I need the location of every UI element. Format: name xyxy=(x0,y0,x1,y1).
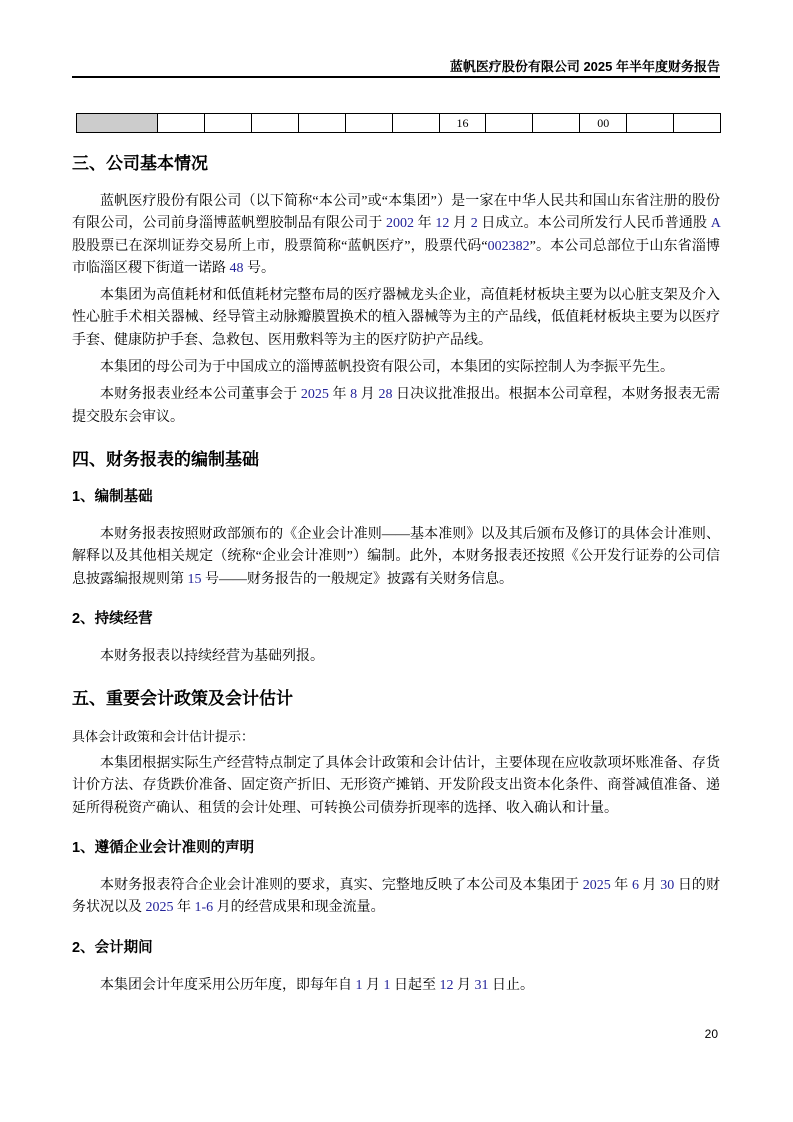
paragraph-company-intro: 蓝帆医疗股份有限公司（以下简称“本公司”或“本集团”）是一家在中华人民共和国山东… xyxy=(72,191,720,280)
table-cell xyxy=(298,114,345,132)
note-policies-hint: 具体会计政策和会计估计提示： xyxy=(72,729,720,745)
paragraph-compliance-statement: 本财务报表符合企业会计准则的要求，真实、完整地反映了本公司及本集团于 2025 … xyxy=(72,875,720,920)
table-cell: 16 xyxy=(439,114,486,132)
subsection-title-compliance-statement: 1、遵循企业会计准则的声明 xyxy=(72,840,720,857)
table-cell xyxy=(345,114,392,132)
table-cell xyxy=(673,114,720,132)
paragraph-going-concern: 本财务报表以持续经营为基础列报。 xyxy=(72,646,720,668)
table-cell xyxy=(204,114,251,132)
table-cell xyxy=(485,114,532,132)
paragraph-business-overview: 本集团为高值耗材和低值耗材完整布局的医疗器械龙头企业，高值耗材板块主要为以心脏支… xyxy=(72,285,720,352)
page-header: 蓝帆医疗股份有限公司 2025 年半年度财务报告 xyxy=(72,59,720,78)
paragraph-basis: 本财务报表按照财政部颁布的《企业会计准则——基本准则》以及其后颁布及修订的具体会… xyxy=(72,524,720,591)
subsection-title-basis: 1、编制基础 xyxy=(72,489,720,506)
subsection-title-going-concern: 2、持续经营 xyxy=(72,611,720,628)
page-number: 20 xyxy=(705,1027,718,1041)
report-page: 蓝帆医疗股份有限公司 2025 年半年度财务报告 16 00 三、公司基本情况 … xyxy=(0,0,793,1122)
section-title-accounting-policies: 五、重要会计政策及会计估计 xyxy=(72,689,720,708)
paragraph-parent-company: 本集团的母公司为于中国成立的淄博蓝帆投资有限公司，本集团的实际控制人为李振平先生… xyxy=(72,357,720,379)
section-title-preparation-basis: 四、财务报表的编制基础 xyxy=(72,450,720,469)
paragraph-accounting-period: 本集团会计年度采用公历年度，即每年自 1 月 1 日起至 12 月 31 日止。 xyxy=(72,975,720,997)
table-cell xyxy=(392,114,439,132)
continuation-table: 16 00 xyxy=(76,113,721,133)
table-cell xyxy=(532,114,579,132)
section-title-company-profile: 三、公司基本情况 xyxy=(72,154,720,173)
header-title: 蓝帆医疗股份有限公司 2025 年半年度财务报告 xyxy=(450,59,720,74)
paragraph-report-approval: 本财务报表业经本公司董事会于 2025 年 8 月 28 日决议批准报出。根据本… xyxy=(72,384,720,429)
table-cell xyxy=(626,114,673,132)
subsection-title-accounting-period: 2、会计期间 xyxy=(72,940,720,957)
paragraph-policies-intro: 本集团根据实际生产经营特点制定了具体会计政策和会计估计，主要体现在应收款项坏账准… xyxy=(72,753,720,820)
table-cell: 00 xyxy=(579,114,626,132)
table-cell-gray-header xyxy=(77,114,157,132)
table-cell xyxy=(157,114,204,132)
table-cell xyxy=(251,114,298,132)
